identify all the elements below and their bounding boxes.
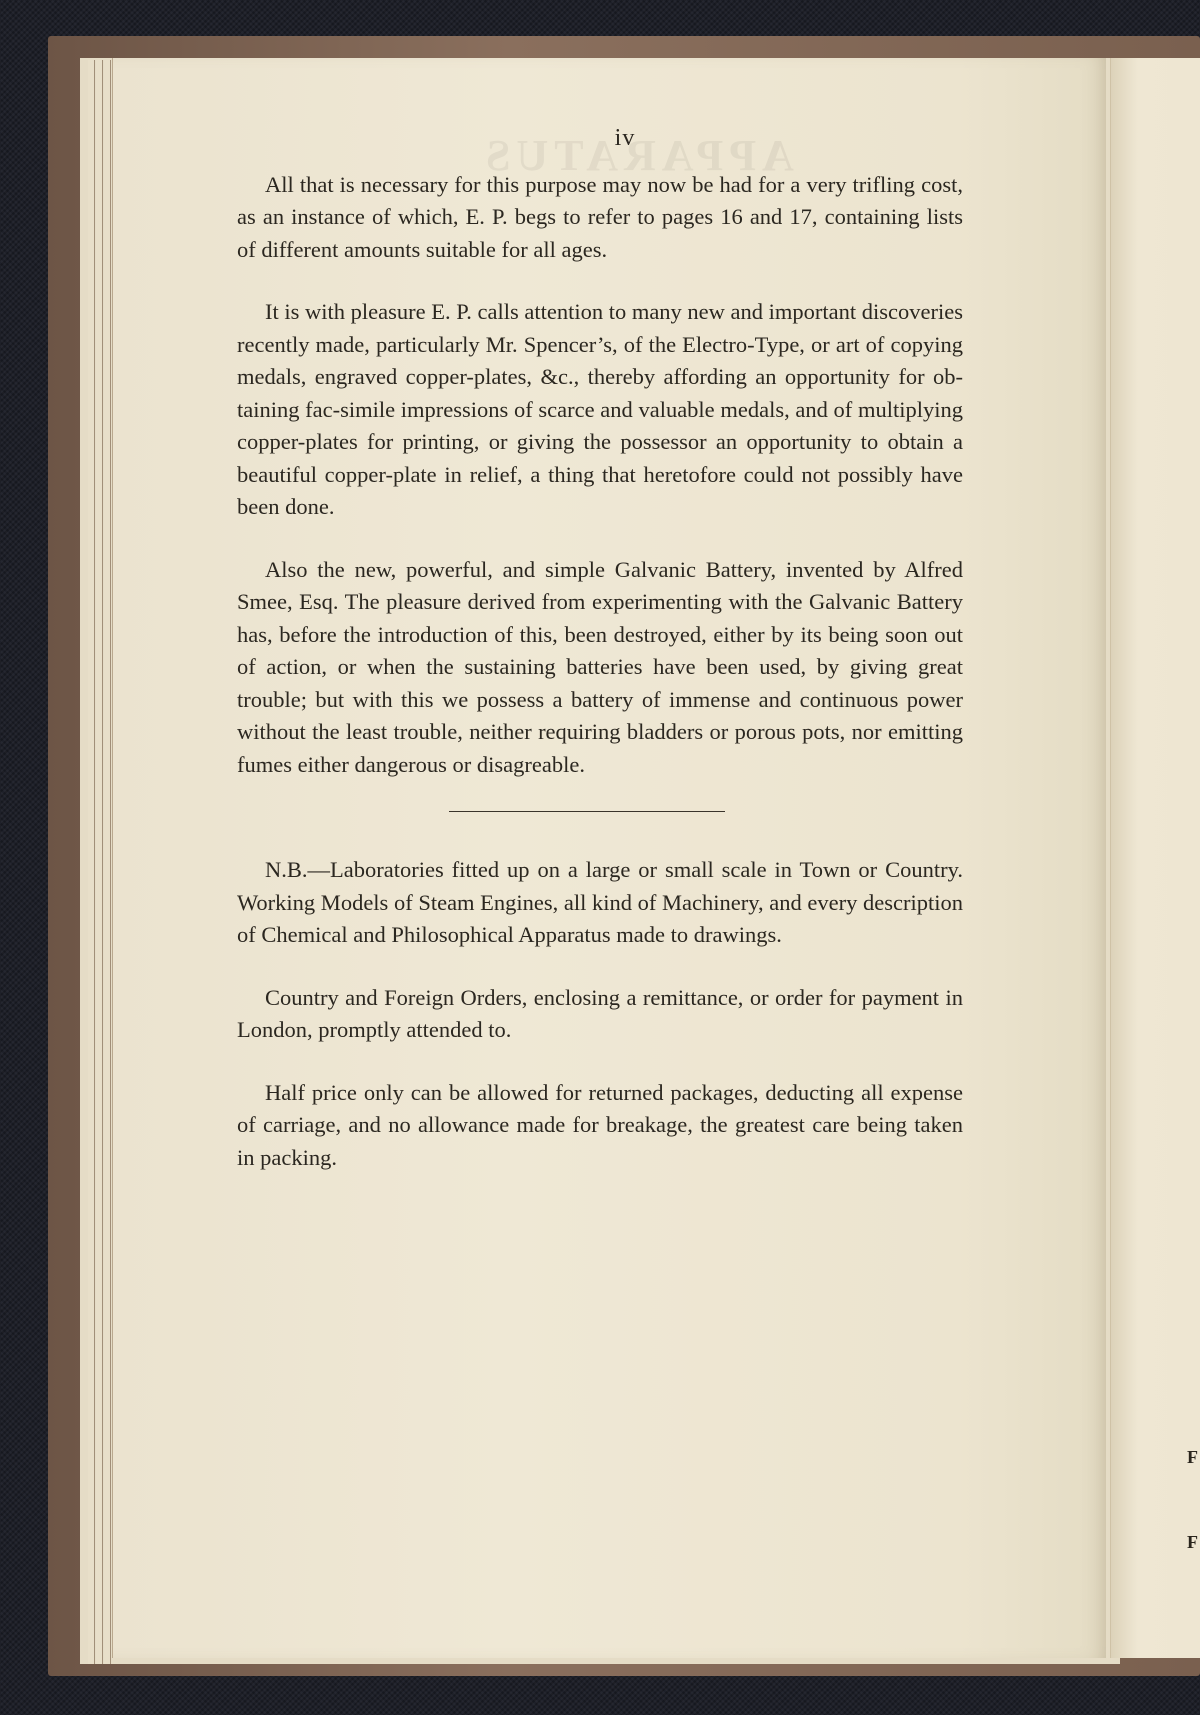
- facing-page-letter: F: [1187, 1532, 1198, 1553]
- paragraph: Half price only can be allowed for retur…: [237, 1077, 963, 1175]
- page-number: iv: [237, 122, 963, 155]
- paragraph: Country and Foreign Orders, enclosing a …: [237, 982, 963, 1047]
- page-edge: [104, 60, 111, 1664]
- paragraph: It is with pleasure E. P. calls attentio…: [237, 296, 963, 524]
- page-edge: [88, 60, 95, 1664]
- page-content: iv All that is necessary for this purpos…: [237, 122, 963, 1174]
- paragraph: Also the new, powerful, and simple Galva…: [237, 554, 963, 782]
- facing-page-letter: F: [1187, 1447, 1198, 1468]
- section-divider: [449, 811, 725, 812]
- paragraph: All that is necessary for this purpose m…: [237, 169, 963, 267]
- paragraph-nb: N.B.—Laboratories fitted up on a large o…: [237, 854, 963, 952]
- facing-page: F F: [1110, 58, 1200, 1658]
- page-edge: [96, 60, 103, 1664]
